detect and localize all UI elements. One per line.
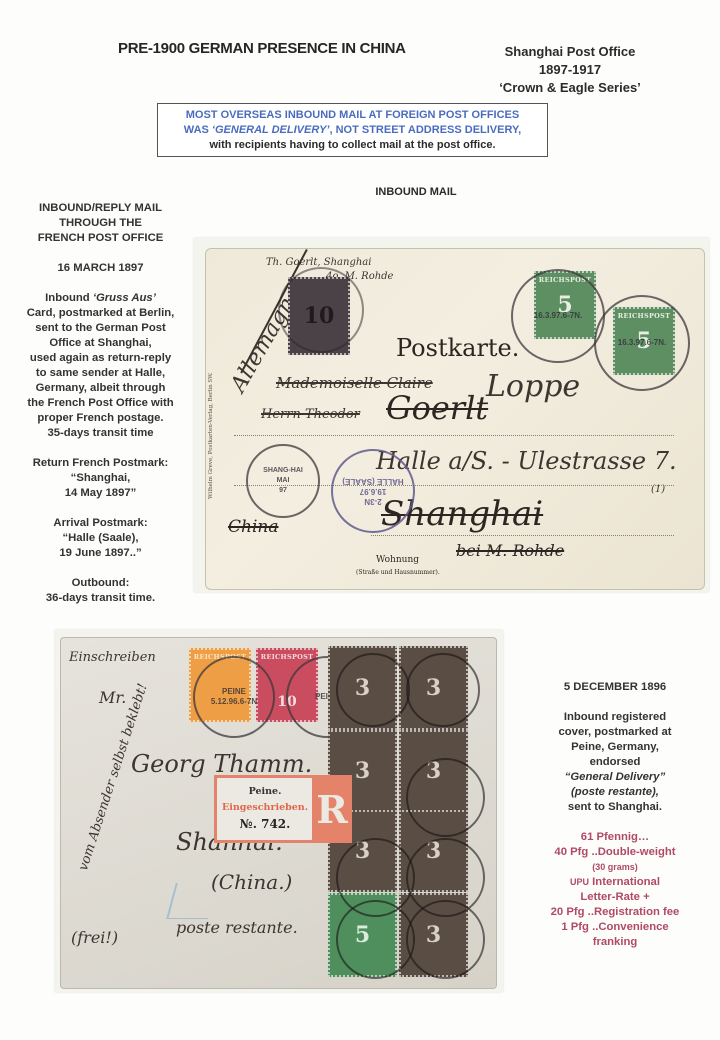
page-title: PRE-1900 GERMAN PRESENCE IN CHINA	[118, 40, 438, 57]
arrival-postmark-note: Arrival Postmark: “Halle (Saale), 19 Jun…	[8, 516, 193, 561]
address-line-struck: Herrn Theodor	[261, 407, 360, 422]
outbound-note: Outbound: 36-days transit time.	[8, 576, 193, 606]
notice-line: WAS ‘GENERAL DELIVERY’, NOT STREET ADDRE…	[158, 123, 547, 138]
description-body: Inbound registered cover, postmarked at …	[520, 710, 710, 815]
peine-postmark: PEINE5.12.96.6-7N	[193, 656, 275, 738]
subtitle-line: ‘Crown & Eagle Series’	[470, 79, 670, 97]
berlin-postmark: 16.3.97.6-7N.	[511, 269, 605, 363]
handwritten-endorsement: Einschreiben	[69, 650, 156, 665]
registration-number: №. 742.	[221, 816, 309, 832]
section-label: INBOUND MAIL	[356, 186, 476, 198]
postkarte-title: Postkarte.	[396, 334, 519, 362]
registration-r-letter: R	[312, 775, 352, 843]
envelope-image: Einschreiben Mr. Georg Thamm. Shanhai. (…	[60, 637, 497, 989]
shanghai-postmark: SHANG-HAIMAI97	[246, 444, 320, 518]
page-subtitle: Shanghai Post Office 1897-1917 ‘Crown & …	[470, 43, 670, 97]
address-name: Goerlt	[386, 389, 488, 427]
handwritten-name: Georg Thamm.	[131, 750, 312, 778]
description-date: 16 MARCH 1897	[8, 261, 193, 276]
peine-postmark	[336, 900, 415, 979]
handwritten-country: (China.)	[211, 870, 292, 894]
peine-postmark	[406, 900, 485, 979]
peine-postmark	[406, 653, 480, 727]
notice-line: with recipients having to collect mail a…	[158, 138, 547, 153]
notice-box: MOST OVERSEAS INBOUND MAIL AT FOREIGN PO…	[157, 103, 548, 157]
notice-line: MOST OVERSEAS INBOUND MAIL AT FOREIGN PO…	[158, 108, 547, 123]
description-body: Inbound ‘Gruss Aus’ Card, postmarked at …	[8, 291, 193, 441]
address-rule	[371, 535, 674, 536]
handwritten-salutation: Mr.	[99, 688, 126, 707]
address-country: China	[228, 517, 278, 537]
peine-postmark	[336, 653, 410, 727]
address-line: Halle a/S. - Ulestrasse 7.	[376, 447, 677, 475]
subtitle-line: Shanghai Post Office	[470, 43, 670, 61]
registration-type: Eingeschrieben.	[221, 800, 309, 816]
postage-rate-breakdown: 61 Pfennig… 40 Pfg ..Double-weight (30 g…	[520, 830, 710, 950]
address-rule	[234, 435, 674, 436]
wohnung-label: Wohnung	[376, 555, 419, 565]
wohnung-sublabel: (Straße und Hausnummer).	[356, 569, 440, 576]
postcard-image: Th. Goerlt, Shanghai 4o. M. Rohde Allema…	[205, 248, 705, 590]
subtitle-line: 1897-1917	[470, 61, 670, 79]
handwritten-frei: (frei!)	[71, 928, 118, 947]
shanghai-postmark-on-stamp	[278, 267, 364, 353]
registration-label: Peine. Eingeschrieben. №. 742. R	[214, 775, 352, 843]
berlin-postmark: 16.3.97.6-7N.	[594, 295, 690, 391]
description-heading: INBOUND/REPLY MAIL THROUGH THE FRENCH PO…	[8, 201, 193, 246]
peine-postmark	[406, 758, 485, 837]
publisher-imprint: Wilhelm Greve, Postkarten-Verlag, Berlin…	[208, 372, 214, 499]
address-line-added: Loppe	[486, 369, 580, 404]
return-postmark-note: Return French Postmark: “Shanghai, 14 Ma…	[8, 456, 193, 501]
address-line-struck: bei M. Rohde	[456, 541, 564, 560]
blue-crayon-mark	[166, 883, 218, 919]
left-description: INBOUND/REPLY MAIL THROUGH THE FRENCH PO…	[8, 201, 193, 621]
registration-city: Peine.	[221, 784, 309, 800]
halle-arrival-postmark: 2-3N19.6.97HALLE (SAALE)	[331, 449, 415, 533]
handwritten-delivery: poste restante.	[176, 918, 298, 937]
right-description: 5 DECEMBER 1896 Inbound registered cover…	[520, 680, 710, 950]
description-date: 5 DECEMBER 1896	[520, 680, 710, 695]
